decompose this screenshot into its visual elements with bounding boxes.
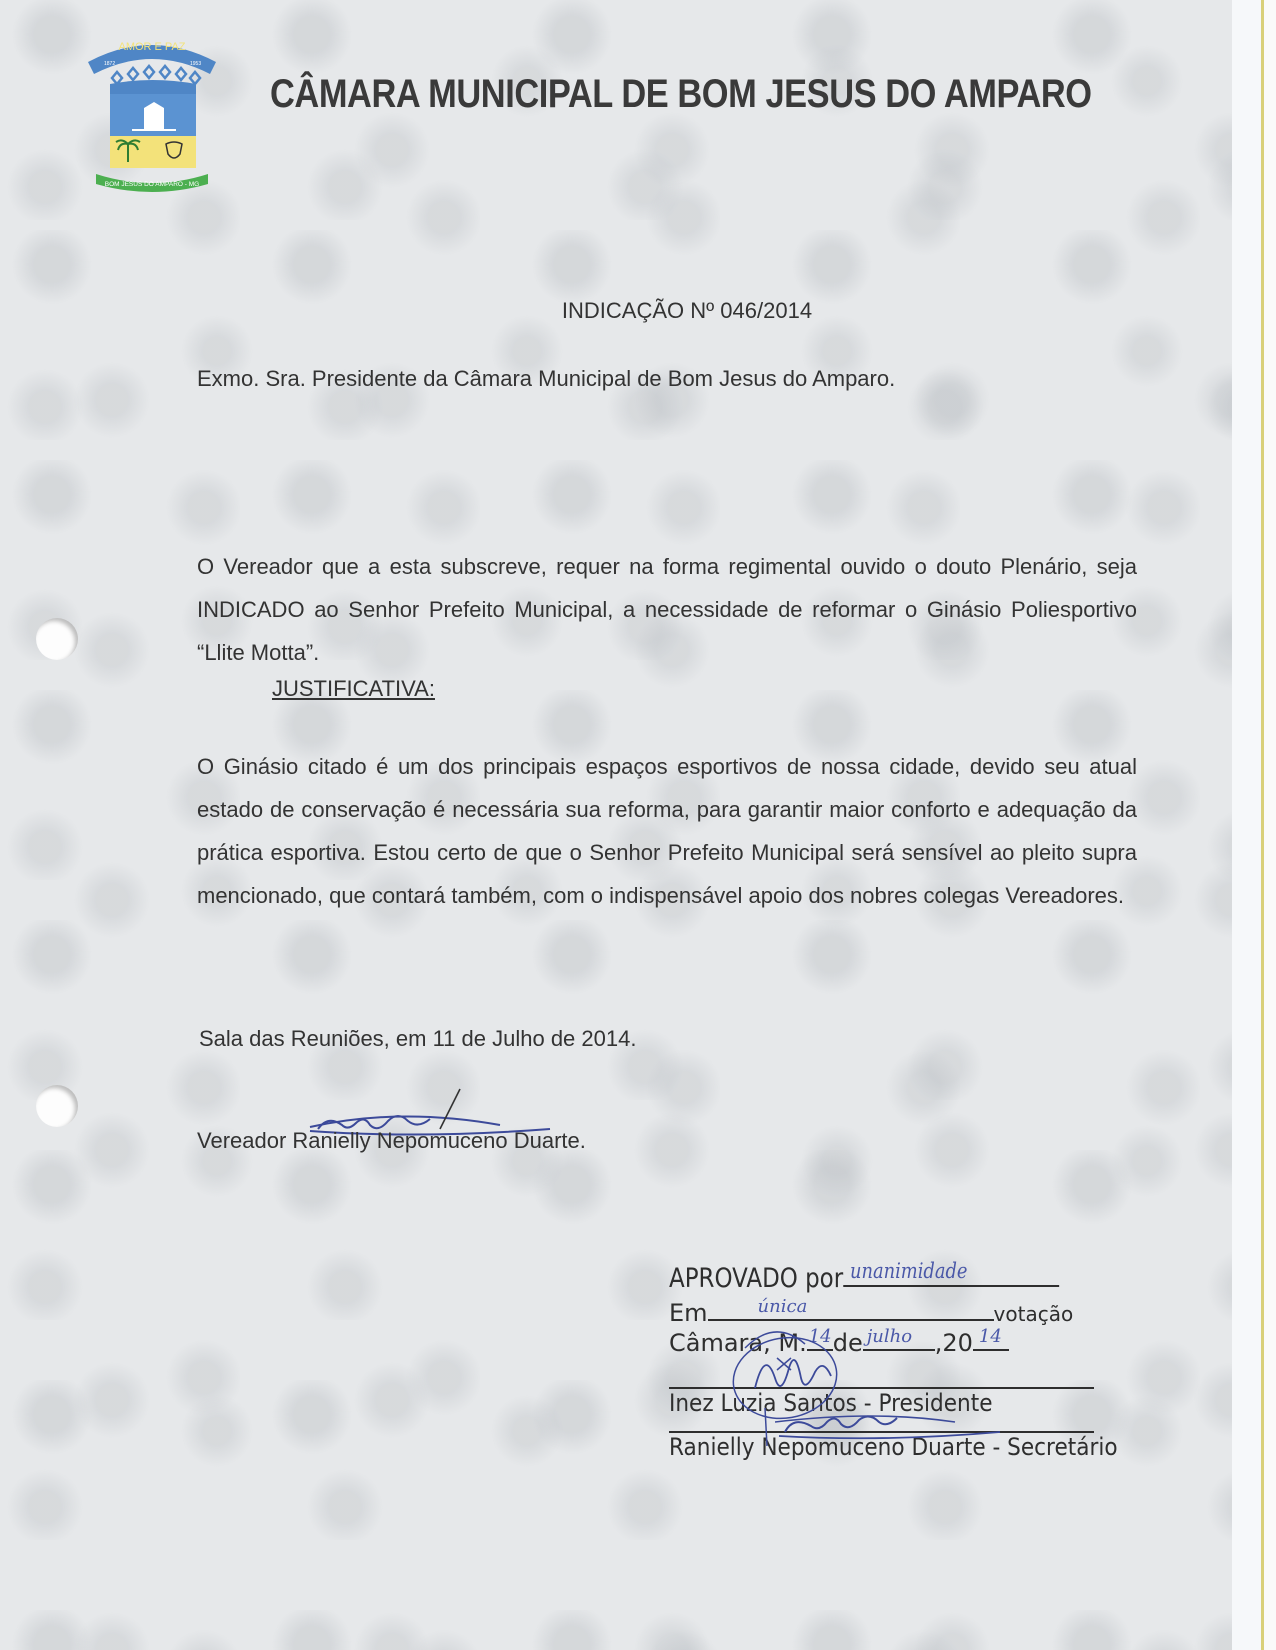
document-number-heading: INDICAÇÃO Nº 046/2014 <box>0 298 1276 324</box>
svg-text:1872: 1872 <box>104 61 115 67</box>
municipal-crest-logo: AMOR E PAZ 1872 1953 BOM JESUS DO AMPARO… <box>84 32 220 192</box>
date-line: Sala das Reuniões, em 11 de Julho de 201… <box>199 1026 636 1052</box>
punch-hole <box>36 1085 78 1127</box>
justification-paragraph: O Ginásio citado é um dos principais esp… <box>197 745 1137 917</box>
approved-by-row: APROVADO porunanimidade <box>669 1263 1030 1299</box>
em-label: Em <box>669 1299 708 1327</box>
signatory-name: Vereador Ranielly Nepomuceno Duarte. <box>197 1128 586 1154</box>
year-field: 14 <box>973 1349 1009 1351</box>
year-handwritten: 14 <box>979 1326 1002 1347</box>
year-prefix: ,20 <box>935 1329 973 1357</box>
scan-background <box>1264 0 1276 1650</box>
organization-title: CÂMARA MUNICIPAL DE BOM JESUS DO AMPARO <box>270 72 1092 117</box>
approved-field: unanimidade <box>843 1285 1059 1287</box>
svg-text:1953: 1953 <box>190 61 201 67</box>
salutation: Exmo. Sra. Presidente da Câmara Municipa… <box>197 366 895 392</box>
votacao-label: votação <box>994 1302 1074 1326</box>
justificativa-heading: JUSTIFICATIVA: <box>272 676 435 702</box>
signature-secretary <box>775 1408 1015 1448</box>
punch-hole <box>36 618 78 660</box>
document-number-text: INDICAÇÃO Nº 046/2014 <box>562 298 812 323</box>
svg-text:BOM JESUS DO AMPARO - MG: BOM JESUS DO AMPARO - MG <box>105 181 200 188</box>
svg-text:AMOR E PAZ: AMOR E PAZ <box>118 41 185 53</box>
request-paragraph: O Vereador que a esta subscreve, requer … <box>197 545 1137 674</box>
approved-handwritten: unanimidade <box>850 1259 968 1283</box>
approved-label: APROVADO por <box>669 1263 843 1294</box>
page-margin-strip <box>1232 0 1261 1650</box>
em-handwritten: única <box>758 1296 808 1317</box>
